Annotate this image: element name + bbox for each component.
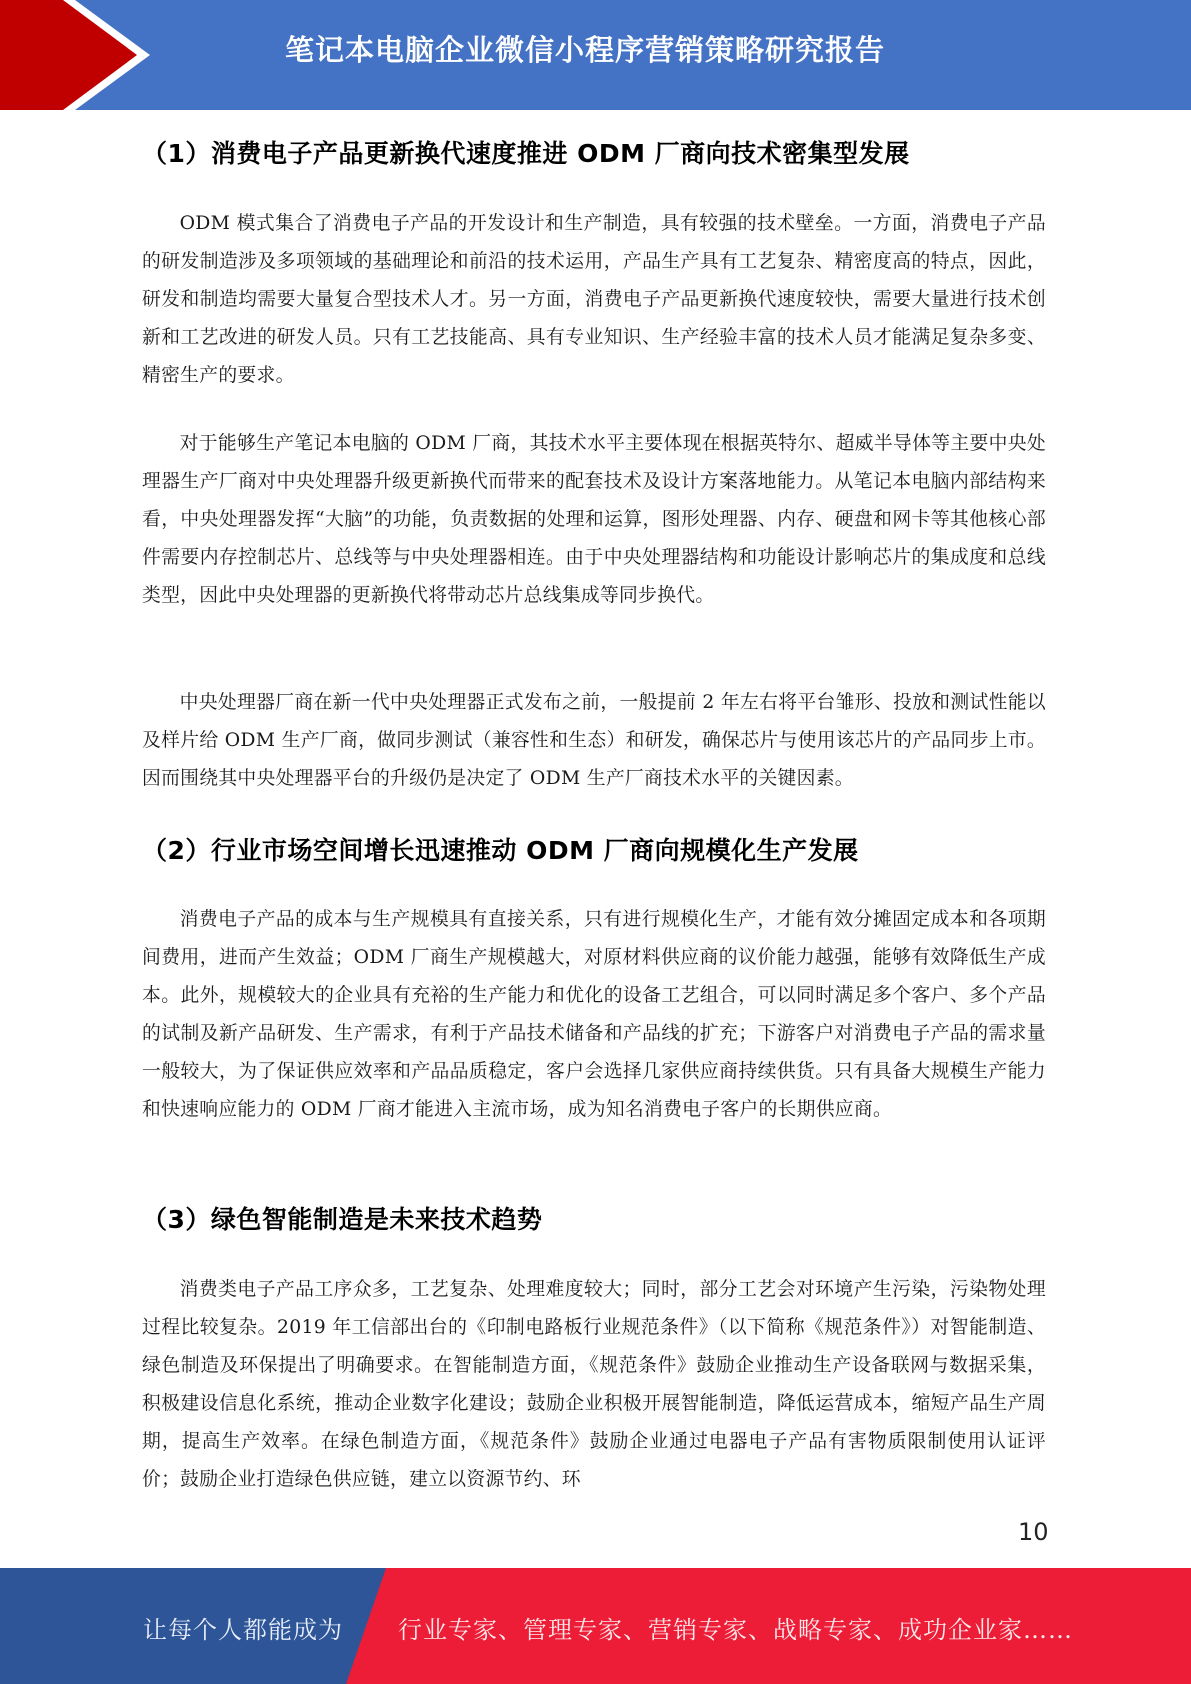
paragraph: ODM 模式集合了消费电子产品的开发设计和生产制造，具有较强的技术壁垒。一方面，… [142, 205, 1046, 395]
page-number: 10 [1018, 1518, 1049, 1546]
section-heading-1: （1）消费电子产品更新换代速度推进 ODM 厂商向技术密集型发展 [142, 134, 910, 170]
page-footer-banner: 让每个人都能成为 行业专家、管理专家、营销专家、战略专家、成功企业家…… [0, 1568, 1191, 1684]
paragraph: 对于能够生产笔记本电脑的 ODM 厂商，其技术水平主要体现在根据英特尔、超威半导… [142, 425, 1046, 615]
paragraph: 消费电子产品的成本与生产规模具有直接关系，只有进行规模化生产，才能有效分摊固定成… [142, 901, 1046, 1129]
red-arrow-icon [0, 0, 160, 110]
section-heading-2: （2）行业市场空间增长迅速推动 ODM 厂商向规模化生产发展 [142, 831, 859, 867]
footer-slogan-left: 让每个人都能成为 [143, 1610, 343, 1645]
paragraph: 中央处理器厂商在新一代中央处理器正式发布之前，一般提前 2 年左右将平台雏形、投… [142, 684, 1046, 798]
section-heading-3: （3）绿色智能制造是未来技术趋势 [142, 1200, 542, 1236]
page-header-banner: 笔记本电脑企业微信小程序营销策略研究报告 [0, 0, 1191, 110]
report-title: 笔记本电脑企业微信小程序营销策略研究报告 [285, 28, 885, 69]
footer-slogan-right: 行业专家、管理专家、营销专家、战略专家、成功企业家…… [398, 1610, 1073, 1645]
paragraph: 消费类电子产品工序众多，工艺复杂、处理难度较大；同时，部分工艺会对环境产生污染，… [142, 1271, 1046, 1499]
